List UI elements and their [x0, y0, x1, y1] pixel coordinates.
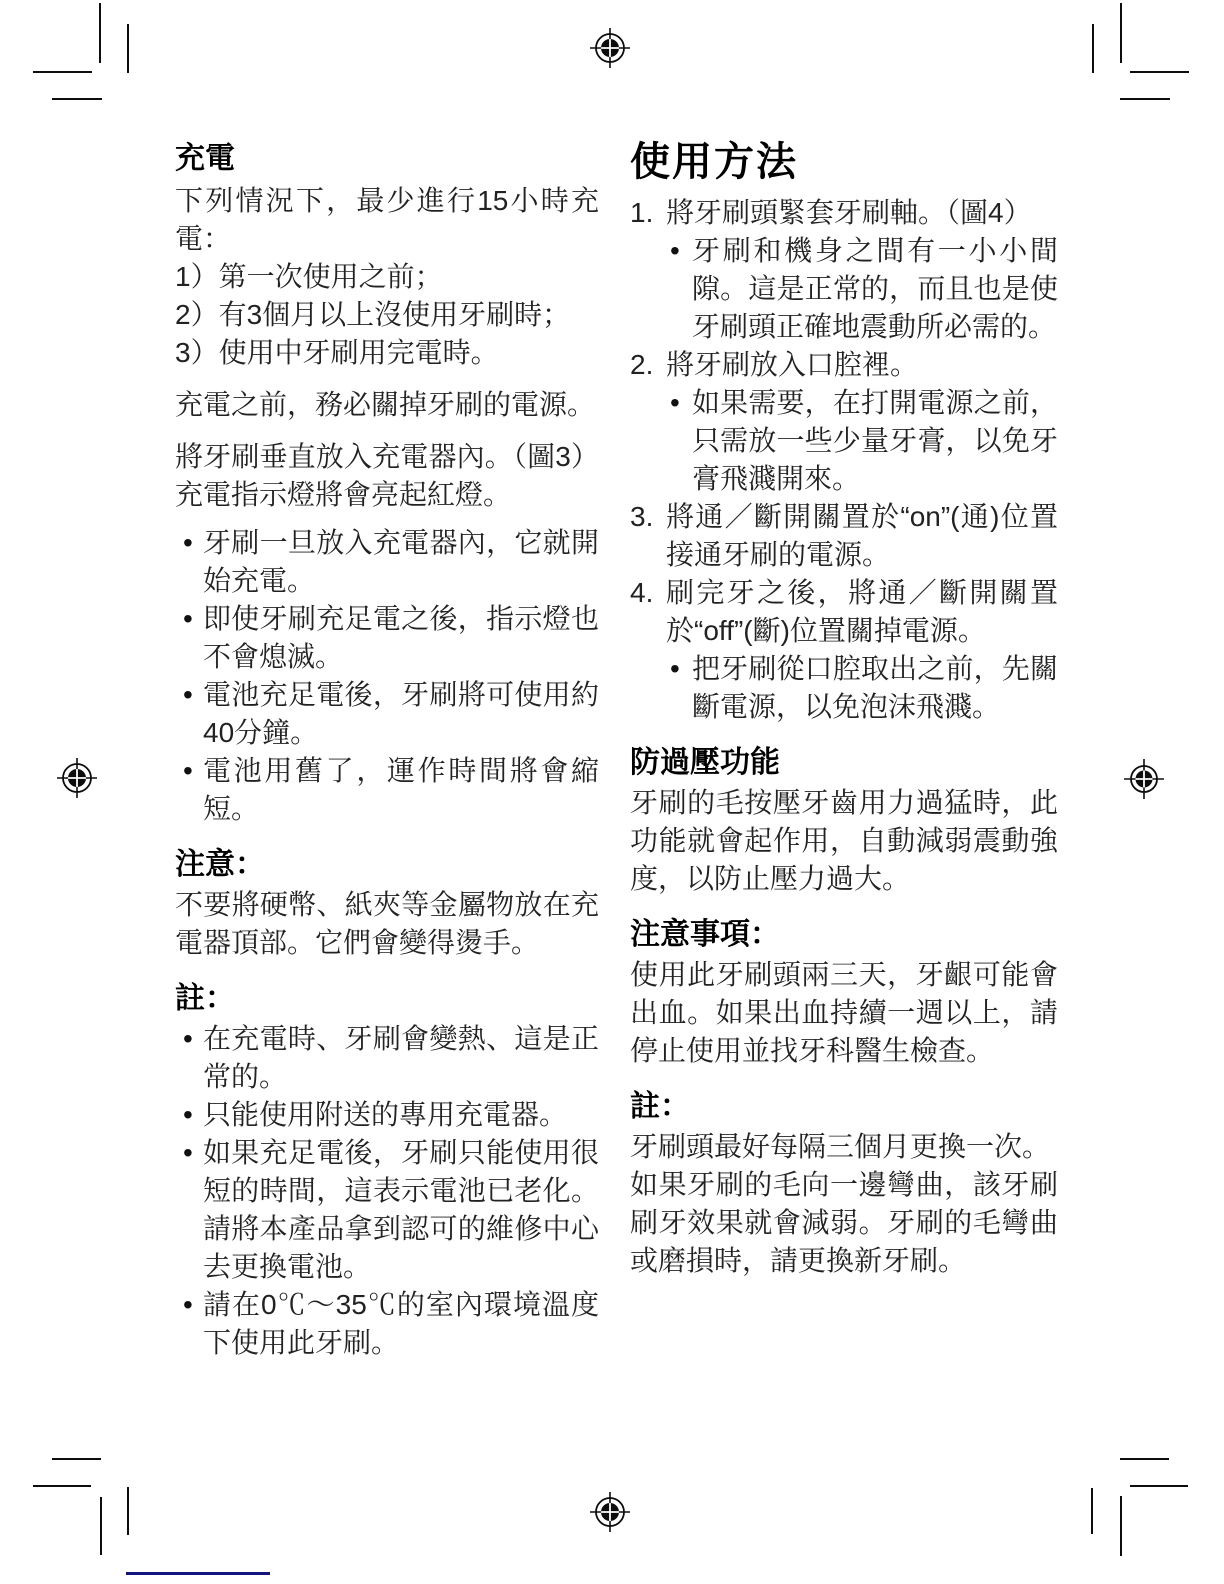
note-text-1: 牙刷頭最好每隔三個月更換一次。	[630, 1128, 1058, 1166]
registration-mark-icon-left	[55, 756, 99, 800]
step-number: 2.	[630, 346, 653, 384]
overpressure-text: 牙刷的毛按壓牙齒用力過猛時，此功能就會起作用，自動減弱震動強度，以防止壓力過大。	[630, 784, 1058, 898]
step-number: 1.	[630, 194, 653, 232]
list-item: 牙刷一旦放入充電器內，它就開始充電。	[175, 524, 599, 600]
step-sub-bullet: 把牙刷從口腔取出之前，先關斷電源，以免泡沫飛濺。	[666, 650, 1058, 726]
note-text-2: 如果牙刷的毛向一邊彎曲，該牙刷刷牙效果就會減弱。牙刷的毛彎曲或磨損時，請更換新牙…	[630, 1166, 1058, 1280]
note-heading-left: 註：	[175, 978, 599, 1020]
registration-mark-icon-bottom	[588, 1490, 632, 1534]
list-item: 在充電時、牙刷會變熱、這是正常的。	[175, 1020, 599, 1096]
crop-mark	[1120, 98, 1170, 100]
charging-intro: 下列情況下，最少進行15小時充電：	[175, 182, 599, 258]
usage-step-2: 2. 將牙刷放入口腔裡。 如果需要，在打開電源之前，只需放一些少量牙膏，以免牙膏…	[630, 346, 1058, 498]
list-item: 電池充足電後，牙刷將可使用約40分鐘。	[175, 676, 599, 752]
crop-mark	[33, 1485, 91, 1487]
crop-mark	[100, 1497, 102, 1555]
charging-para-power-off: 充電之前，務必關掉牙刷的電源。	[175, 386, 599, 424]
crop-mark	[33, 71, 92, 73]
usage-step-4: 4. 刷完牙之後，將通／斷開關置於“off”(斷)位置關掉電源。 把牙刷從口腔取…	[630, 574, 1058, 726]
step-sub-bullet: 牙刷和機身之間有一小小間隙。這是正常的，而且也是使牙刷頭正確地震動所必需的。	[666, 232, 1058, 346]
step-text: 刷完牙之後，將通／斷開關置於“off”(斷)位置關掉電源。	[666, 574, 1058, 650]
usage-step-1: 1. 將牙刷頭緊套牙刷軸。（圖4） 牙刷和機身之間有一小小間隙。這是正常的，而且…	[630, 194, 1058, 346]
charging-heading: 充電	[175, 138, 599, 180]
crop-mark	[127, 1487, 129, 1535]
note-bullet-list: 在充電時、牙刷會變熱、這是正常的。 只能使用附送的專用充電器。 如果充足電後，牙…	[175, 1020, 599, 1362]
step-number: 3.	[630, 498, 653, 536]
step-text: 將牙刷放入口腔裡。	[666, 346, 1058, 384]
crop-mark	[1120, 1496, 1122, 1556]
usage-heading: 使用方法	[630, 138, 1058, 186]
charging-bullet-list: 牙刷一旦放入充電器內，它就開始充電。 即使牙刷充足電之後，指示燈也不會熄滅。 電…	[175, 524, 599, 828]
column-usage: 使用方法 1. 將牙刷頭緊套牙刷軸。（圖4） 牙刷和機身之間有一小小間隙。這是正…	[630, 138, 1058, 1280]
charging-para-place-charger: 將牙刷垂直放入充電器內。（圖3）充電指示燈將會亮起紅燈。	[175, 438, 599, 514]
step-number: 4.	[630, 574, 653, 612]
precautions-heading: 注意事項：	[630, 914, 1058, 956]
crop-mark	[52, 1458, 101, 1460]
crop-mark	[1091, 1488, 1093, 1534]
registration-mark-icon-top	[588, 26, 632, 70]
crop-mark	[127, 24, 129, 73]
crop-mark	[1120, 3, 1122, 63]
registration-mark-icon-right	[1122, 757, 1166, 801]
step-sub-bullet: 如果需要，在打開電源之前，只需放一些少量牙膏，以免牙膏飛濺開來。	[666, 384, 1058, 498]
charging-condition-1: 1）第一次使用之前；	[175, 258, 599, 296]
crop-mark	[1130, 71, 1189, 73]
list-item: 即使牙刷充足電之後，指示燈也不會熄滅。	[175, 600, 599, 676]
charging-condition-3: 3）使用中牙刷用完電時。	[175, 334, 599, 372]
crop-mark	[1120, 1458, 1169, 1460]
page-bottom-blue-rule	[126, 1572, 270, 1575]
precautions-text: 使用此牙刷頭兩三天，牙齦可能會出血。如果出血持續一週以上，請停止使用並找牙科醫生…	[630, 956, 1058, 1070]
list-item: 只能使用附送的專用充電器。	[175, 1096, 599, 1134]
list-item: 電池用舊了，運作時間將會縮短。	[175, 752, 599, 828]
charging-condition-2: 2）有3個月以上沒使用牙刷時；	[175, 296, 599, 334]
note-heading-right: 註：	[630, 1086, 1058, 1128]
crop-mark	[1130, 1485, 1188, 1487]
caution-text: 不要將硬幣、紙夾等金屬物放在充電器頂部。它們會變得燙手。	[175, 886, 599, 962]
crop-mark	[1092, 24, 1094, 73]
step-text: 將牙刷頭緊套牙刷軸。（圖4）	[666, 194, 1058, 232]
caution-heading: 注意：	[175, 844, 599, 886]
crop-mark	[52, 98, 102, 100]
overpressure-heading: 防過壓功能	[630, 742, 1058, 784]
manual-page: 充電 下列情況下，最少進行15小時充電： 1）第一次使用之前； 2）有3個月以上…	[0, 0, 1224, 1584]
step-text: 將通／斷開關置於“on”(通)位置接通牙刷的電源。	[666, 498, 1058, 574]
column-charging: 充電 下列情況下，最少進行15小時充電： 1）第一次使用之前； 2）有3個月以上…	[175, 138, 599, 1362]
list-item: 如果充足電後，牙刷只能使用很短的時間，這表示電池已老化。請將本產品拿到認可的維修…	[175, 1134, 599, 1286]
crop-mark	[99, 3, 101, 63]
list-item: 請在0℃～35℃的室內環境溫度下使用此牙刷。	[175, 1286, 599, 1362]
usage-step-3: 3. 將通／斷開關置於“on”(通)位置接通牙刷的電源。	[630, 498, 1058, 574]
